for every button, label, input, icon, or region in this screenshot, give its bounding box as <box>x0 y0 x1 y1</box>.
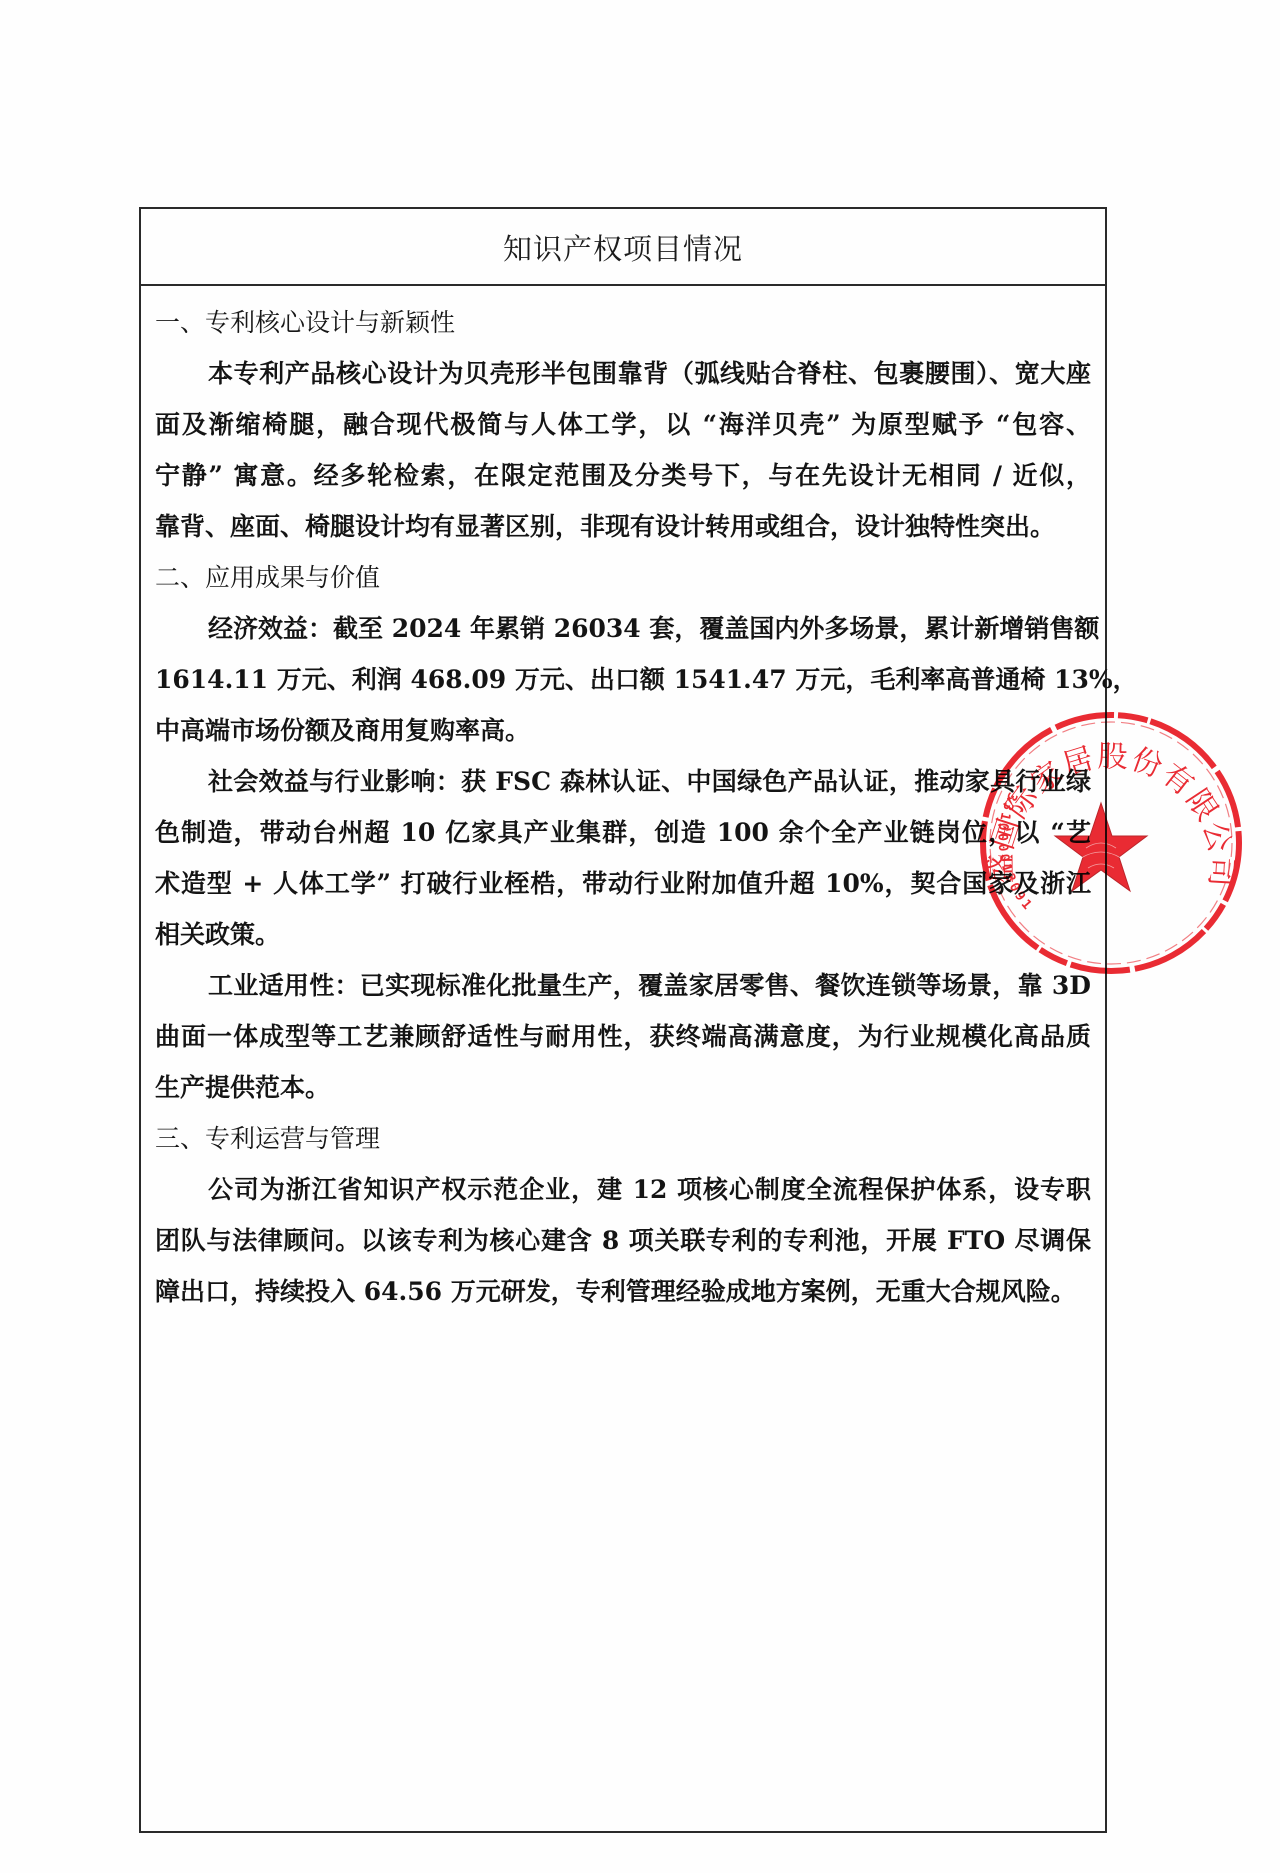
paragraph-line: 生产提供范本。 <box>155 1062 1091 1113</box>
paragraph-industrial-applicability: 工业适用性：已实现标准化批量生产，覆盖家居零售、餐饮连锁等场景，靠 3D 曲面一… <box>155 960 1091 1113</box>
form-content: 一、专利核心设计与新颖性 本专利产品核心设计为贝壳形半包围靠背（弧线贴合脊柱、包… <box>155 297 1091 1317</box>
paragraph-line: 障出口，持续投入 64.56 万元研发，专利管理经验成地方案例，无重大合规风险。 <box>155 1266 1091 1317</box>
ip-project-form-table: 知识产权项目情况 一、专利核心设计与新颖性 本专利产品核心设计为贝壳形半包围靠背… <box>139 207 1107 1833</box>
paragraph-line: 团队与法律顾问。以该专利为核心建含 8 项关联专利的专利池，开展 FTO 尽调保 <box>155 1215 1091 1266</box>
paragraph-line: 曲面一体成型等工艺兼顾舒适性与耐用性，获终端高满意度，为行业规模化高品质 <box>155 1011 1091 1062</box>
paragraph-line: 公司为浙江省知识产权示范企业，建 12 项核心制度全流程保护体系，设专职 <box>155 1164 1091 1215</box>
paragraph-line: 宁静” 寓意。经多轮检索，在限定范围及分类号下，与在先设计无相同 / 近似， <box>155 450 1091 501</box>
paragraph-line: 1614.11 万元、利润 468.09 万元、出口额 1541.47 万元，毛… <box>155 654 1091 705</box>
section-application-results: 二、应用成果与价值 经济效益：截至 2024 年累销 26034 套，覆盖国内外… <box>155 552 1091 1113</box>
paragraph-line: 社会效益与行业影响：获 FSC 森林认证、中国绿色产品认证，推动家具行业绿 <box>155 756 1091 807</box>
paragraph-line: 经济效益：截至 2024 年累销 26034 套，覆盖国内外多场景，累计新增销售… <box>155 603 1091 654</box>
section-patent-core-design: 一、专利核心设计与新颖性 本专利产品核心设计为贝壳形半包围靠背（弧线贴合脊柱、包… <box>155 297 1091 552</box>
paragraph-line: 工业适用性：已实现标准化批量生产，覆盖家居零售、餐饮连锁等场景，靠 3D <box>155 960 1091 1011</box>
paragraph-social-benefits: 社会效益与行业影响：获 FSC 森林认证、中国绿色产品认证，推动家具行业绿 色制… <box>155 756 1091 960</box>
document-page: 知识产权项目情况 一、专利核心设计与新颖性 本专利产品核心设计为贝壳形半包围靠背… <box>0 0 1280 1873</box>
section-heading: 一、专利核心设计与新颖性 <box>155 297 1091 348</box>
section-heading: 二、应用成果与价值 <box>155 552 1091 603</box>
paragraph-line: 色制造，带动台州超 10 亿家具产业集群，创造 100 余个全产业链岗位，以 “… <box>155 807 1091 858</box>
paragraph-line: 靠背、座面、椅腿设计均有显著区别，非现有设计转用或组合，设计独特性突出。 <box>155 501 1091 552</box>
section-patent-operation: 三、专利运营与管理 公司为浙江省知识产权示范企业，建 12 项核心制度全流程保护… <box>155 1113 1091 1317</box>
paragraph-operation-management: 公司为浙江省知识产权示范企业，建 12 项核心制度全流程保护体系，设专职 团队与… <box>155 1164 1091 1317</box>
paragraph-design-novelty: 本专利产品核心设计为贝壳形半包围靠背（弧线贴合脊柱、包裹腰围）、宽大座 面及渐缩… <box>155 348 1091 552</box>
paragraph-line: 本专利产品核心设计为贝壳形半包围靠背（弧线贴合脊柱、包裹腰围）、宽大座 <box>155 348 1091 399</box>
paragraph-line: 面及渐缩椅腿，融合现代极简与人体工学，以 “海洋贝壳” 为原型赋予 “包容、 <box>155 399 1091 450</box>
paragraph-economic-benefits: 经济效益：截至 2024 年累销 26034 套，覆盖国内外多场景，累计新增销售… <box>155 603 1091 756</box>
paragraph-line: 中高端市场份额及商用复购率高。 <box>155 705 1091 756</box>
paragraph-line: 相关政策。 <box>155 909 1091 960</box>
section-heading: 三、专利运营与管理 <box>155 1113 1091 1164</box>
paragraph-line: 术造型 + 人体工学” 打破行业桎梏，带动行业附加值升超 10%，契合国家及浙江 <box>155 858 1091 909</box>
form-title: 知识产权项目情况 <box>503 225 743 268</box>
form-title-row: 知识产权项目情况 <box>141 209 1105 286</box>
